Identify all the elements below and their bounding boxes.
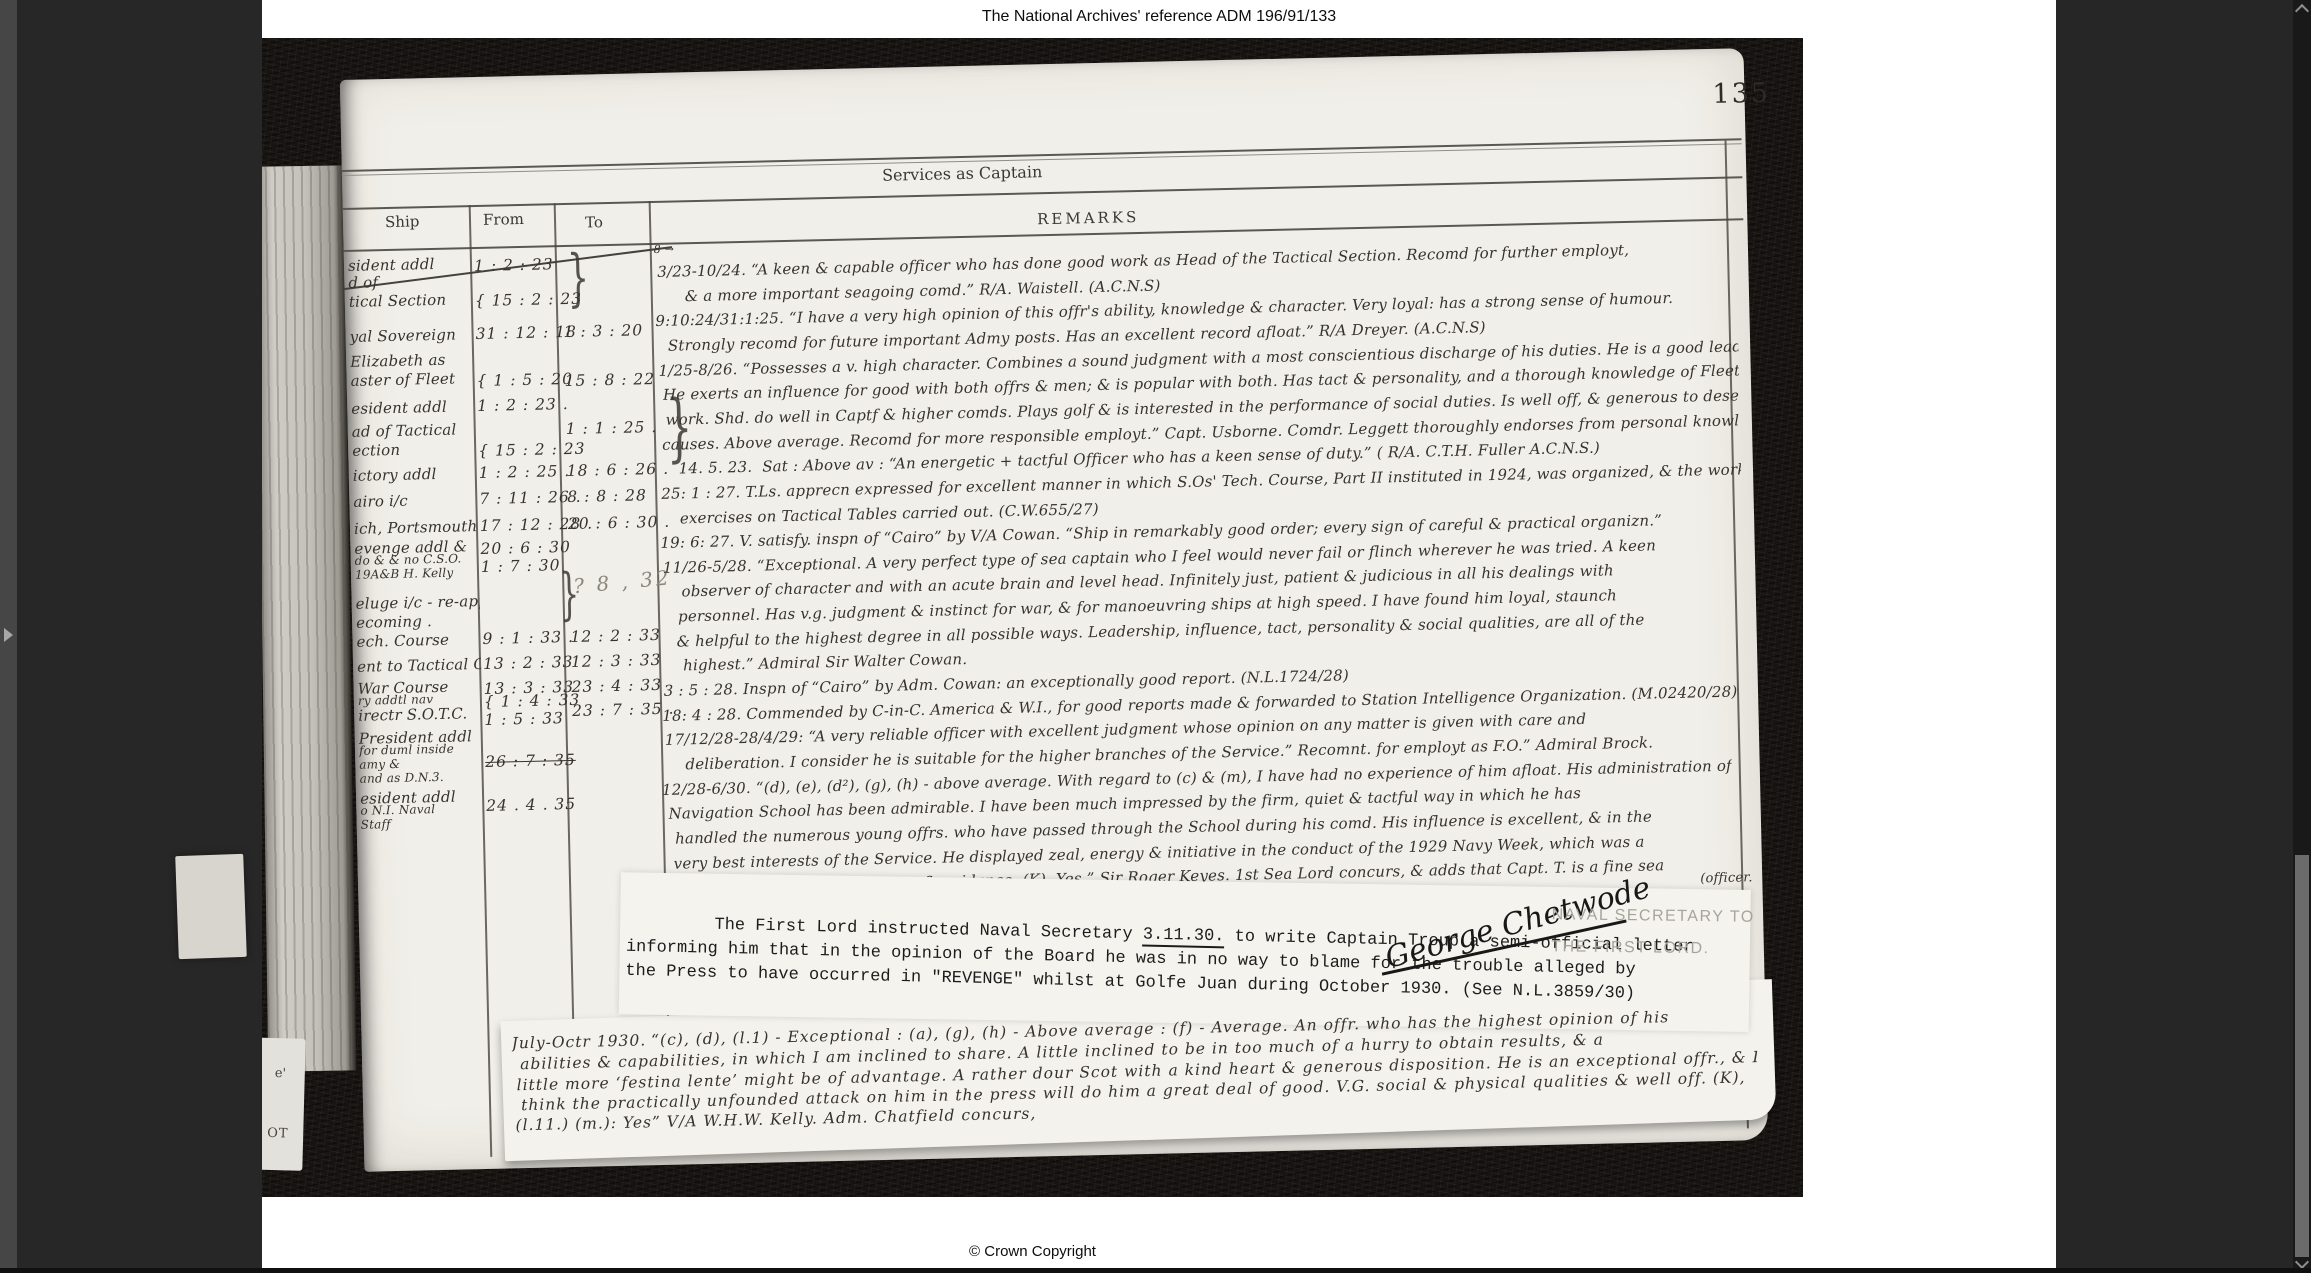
- entry-from-date: 24 . 4 . 35: [486, 795, 576, 815]
- entry-ship: tical Section: [349, 290, 473, 311]
- remark-margin-mark: 8 →: [654, 243, 675, 256]
- remark-overflow-word: (officer.: [1700, 870, 1753, 886]
- chevron-down-icon[interactable]: [2295, 1255, 2309, 1269]
- page-title: The National Archives' reference ADM 196…: [982, 8, 1336, 26]
- entry-to-date: 1 : 1 : 25 .: [566, 418, 658, 438]
- copyright-text: © Crown Copyright: [969, 1243, 1096, 1260]
- remark-text: exercises on Tactical Tables carried out…: [680, 499, 1099, 527]
- remark-text: & a more important seagoing comd.” R/A. …: [685, 276, 1161, 305]
- entry-ship: yal Sovereign: [349, 325, 473, 346]
- entry-to-date: 20 : 6 : 30 .: [568, 513, 671, 533]
- remark-date: 1/25-8/26.: [658, 360, 738, 380]
- entry-from-date: { 15 : 2 : 23: [478, 440, 586, 460]
- viewer-left-panel: [17, 0, 262, 1268]
- bottom-assessment-lines: July-Octr 1930.“(c), (d), (l.1) - Except…: [340, 48, 1744, 80]
- remark-text: “A keen & capable officer who has done g…: [751, 241, 1629, 279]
- entry-from-date: 31 : 12 : 18: [475, 323, 577, 343]
- scrollbar[interactable]: [2293, 0, 2311, 1273]
- service-entries: sident addl1 : 2 : 23d oftical Section{ …: [340, 48, 1744, 80]
- remark-date: 9:10:24/31:1:25.: [655, 309, 784, 330]
- entry-from-date: 13 : 2 : 33: [483, 653, 574, 673]
- entry-from-date: 26 : 7 : 35: [485, 751, 576, 771]
- entry-ship: eluge i/c - re-appointed: [355, 592, 479, 613]
- table-band-title: Services as Captain: [882, 162, 1043, 185]
- right-gutter: [1803, 0, 2056, 1273]
- entry-to-date: 1 : 3 : 20: [563, 321, 643, 341]
- entry-ship: 19A&B H. Kelly: [355, 565, 479, 582]
- remark-line: exercises on Tactical Tables carried out…: [680, 499, 1099, 527]
- remark-date: 25: 1 : 27.: [661, 483, 741, 503]
- remark-date: 18: 4 : 28.: [662, 705, 742, 725]
- remark-date: 19: 6: 27.: [660, 532, 735, 552]
- expand-sidebar-arrow-icon[interactable]: [4, 628, 13, 642]
- entry-ship: ection: [352, 439, 476, 460]
- entry-to-date: 12 : 2 : 33: [570, 626, 661, 646]
- remark-line: & a more important seagoing comd.” R/A. …: [685, 276, 1161, 305]
- fragment-text: e': [275, 1066, 287, 1081]
- entry-to-date: 23 : 7 : 35 .: [572, 700, 675, 720]
- scanned-document-image[interactable]: e' OT 135 Services as Captain Ship From …: [262, 38, 1803, 1197]
- brace-mark: }: [559, 567, 580, 623]
- page-number: 135: [1712, 78, 1770, 110]
- remark-date: 17/12/28-28/4/29:: [665, 728, 804, 749]
- entry-ship: ad of Tactical: [352, 420, 476, 441]
- entry-from-date: 1 : 2 : 23: [474, 255, 554, 275]
- entry-ship: airo i/c: [353, 490, 477, 511]
- stamp-line: NAVAL SECRETARY TO: [1551, 899, 1754, 933]
- remark-date: 3/23-10/24.: [657, 261, 746, 281]
- column-header-from: From: [483, 210, 524, 229]
- entry-to-date: 15 : 8 : 22: [564, 370, 655, 390]
- remarks-lines: 8 →3/23-10/24.“A keen & capable officer …: [340, 48, 1744, 80]
- remark-line: highest.” Admiral Sir Walter Cowan.: [683, 650, 967, 674]
- entry-from-date: { 15 : 2 : 23: [475, 290, 583, 310]
- page-footer: © Crown Copyright: [262, 1197, 1803, 1268]
- entry-from-date: 1 : 5 : 33: [484, 709, 564, 729]
- brace-mark: }: [567, 246, 590, 308]
- right-panel: [2056, 0, 2293, 1273]
- entry-ship: Elizabeth as: [350, 350, 474, 371]
- entry-ship: d of: [348, 271, 472, 292]
- entry-ship: ecoming .: [356, 611, 480, 632]
- window-bottom-border: [0, 1268, 2311, 1273]
- paper-fragment: [175, 854, 247, 959]
- entry-ship: ictory addl: [353, 464, 477, 485]
- entry-ship: ech. Course: [356, 630, 480, 651]
- scrollbar-thumb[interactable]: [2295, 855, 2309, 1257]
- chevron-up-icon[interactable]: [2295, 4, 2309, 18]
- entry-to-date: 8 : 8 : 28: [567, 486, 647, 506]
- remark-line: 3/23-10/24.“A keen & capable officer who…: [657, 241, 1629, 281]
- entry-to-date: 12 : 3 : 33: [571, 651, 662, 671]
- entry-from-date: 1 : 2 : 23 .: [477, 395, 569, 415]
- bottom-date: July-Octr 1930.: [511, 1031, 646, 1052]
- entry-from-date: 20 : 6 : 30: [480, 538, 571, 558]
- column-header-to: To: [585, 213, 603, 231]
- entry-ship: esident addl: [351, 397, 475, 418]
- remark-date: 11/26-5/28.: [663, 557, 752, 577]
- entry-ship: ent to Tactical Course: [357, 655, 481, 676]
- fragment-text: OT: [267, 1126, 289, 1142]
- column-header-ship: Ship: [385, 212, 420, 231]
- entry-ship: and as D.N.3.: [359, 769, 483, 786]
- page-header: The National Archives' reference ADM 196…: [262, 0, 2056, 38]
- entry-to-date: 18 : 6 : 26 .: [567, 460, 670, 480]
- paper-fragment: e' OT: [262, 1037, 306, 1171]
- entry-from-date: 1 : 2 : 25 .: [479, 462, 571, 482]
- entry-ship: Staff: [361, 815, 485, 832]
- page-stack-edge: [262, 165, 356, 1071]
- remark-date: 14. 5. 23.: [678, 458, 752, 478]
- rule: [343, 176, 1743, 210]
- entry-from-date: { 1 : 5 : 20: [476, 370, 573, 390]
- entry-from-date: 9 : 1 : 33 .: [482, 628, 574, 648]
- record-page: 135 Services as Captain Ship From To REM…: [340, 48, 1768, 1172]
- remark-date: 12/28-6/30.: [662, 779, 751, 799]
- entry-ship: irectr S.O.T.C.: [358, 704, 482, 725]
- column-header-remarks: REMARKS: [1037, 208, 1140, 228]
- entry-from-date: { 1 : 4 : 33: [484, 691, 581, 711]
- stamp-line: THE FIRST LORD.: [1551, 931, 1754, 965]
- entry-to-date: 23 : 4 : 33: [571, 676, 662, 696]
- entry-from-date: 1 : 7 : 30: [481, 556, 561, 576]
- entry-ship: aster of Fleet: [350, 369, 474, 390]
- remark-date: 3 : 5 : 28.: [664, 680, 739, 700]
- collapsed-sidebar: [0, 0, 17, 1273]
- entry-ship: ich, Portsmouth: [354, 517, 478, 538]
- remark-text: highest.” Admiral Sir Walter Cowan.: [683, 650, 967, 674]
- office-stamp: NAVAL SECRETARY TO THE FIRST LORD.: [1551, 899, 1755, 965]
